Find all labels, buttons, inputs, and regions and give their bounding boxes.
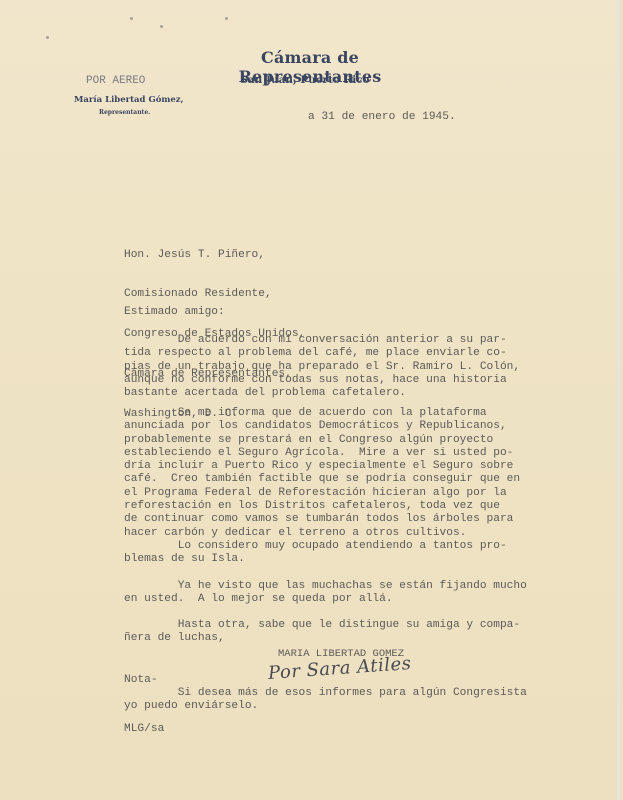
paper-edge	[617, 0, 620, 800]
letterhead-place: San Juan, Puerto Rico	[235, 74, 375, 86]
salutation: Estimado amigo:	[124, 306, 225, 319]
address-line: Comisionado Residente,	[124, 288, 305, 301]
closing-paragraph: Hasta otra, sabe que le distingue su ami…	[124, 619, 520, 646]
body-paragraph: Se me informa que de acuerdo con la plat…	[124, 407, 520, 540]
ink-speck	[160, 25, 163, 28]
body-paragraph: Lo considero muy ocupado atendiendo a ta…	[124, 540, 507, 567]
body-paragraph: De acuerdo con mi conversación anterior …	[124, 334, 520, 400]
letter-page: Cámara de Representantes San Juan, Puert…	[0, 0, 620, 800]
representative-title: Representante.	[99, 109, 150, 116]
address-line: Hon. Jesús T. Piñero,	[124, 249, 305, 262]
note-text: Si desea más de esos informes para algún…	[124, 687, 527, 714]
ink-speck	[225, 17, 228, 20]
reference-initials: MLG/sa	[124, 723, 164, 736]
letter-date: a 31 de enero de 1945.	[308, 111, 456, 124]
note-label: Nota-	[124, 674, 158, 687]
body-paragraph: Ya he visto que las muchachas se están f…	[124, 580, 527, 607]
airmail-note: POR AEREO	[86, 75, 145, 87]
ink-speck	[46, 36, 49, 39]
representative-name: María Libertad Gómez,	[74, 95, 184, 105]
ink-speck	[130, 17, 133, 20]
